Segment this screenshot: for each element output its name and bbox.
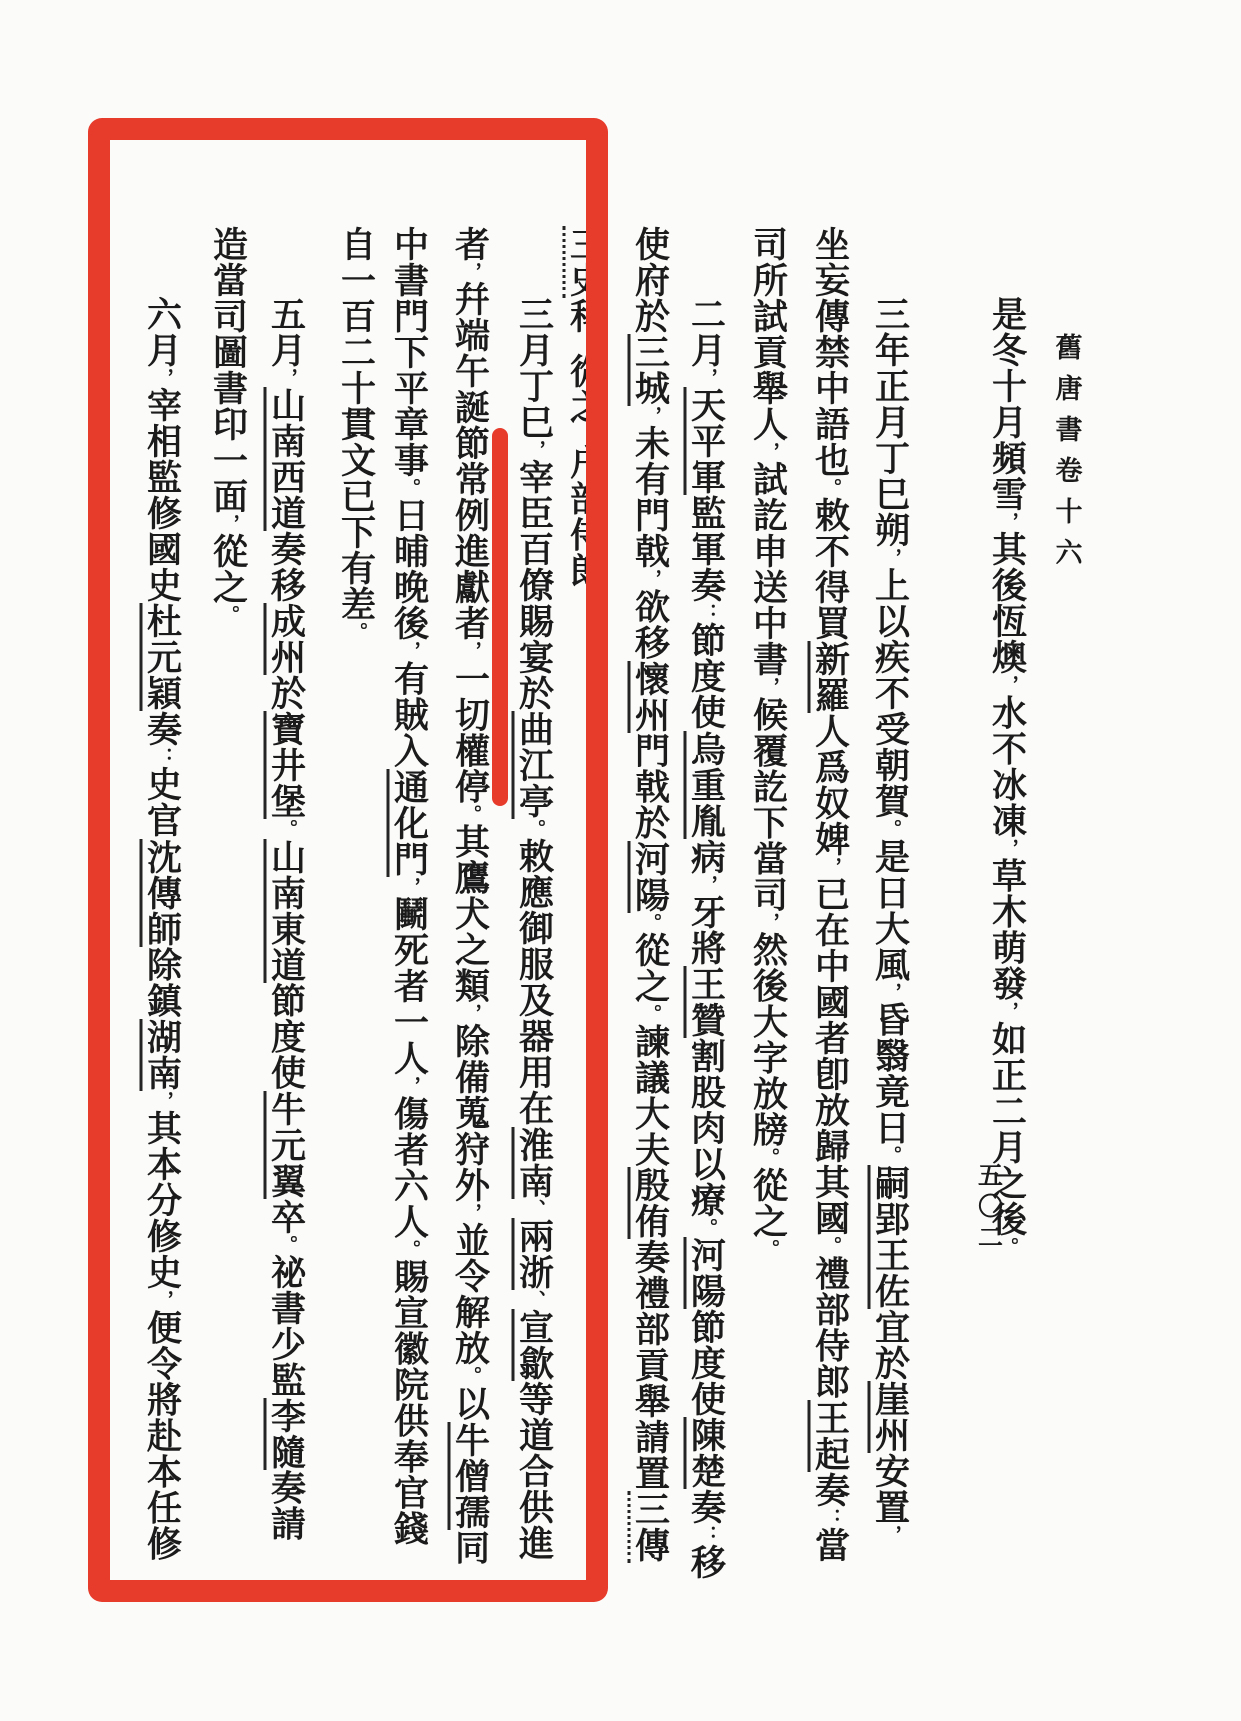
scanned-page: 是冬十月頻雪，其後恆燠，水不冰凍，草木萌發，如正二月之後。三年正月丁巳朔，上以疾… — [0, 0, 1241, 1721]
text-column: 自一百二十貫文已下有差。 — [339, 226, 374, 641]
text-column: 是冬十月頻雪，其後恆燠，水不冰凍，草木萌發，如正二月之後。 — [990, 296, 1025, 1256]
highlight-line-annotation — [492, 428, 508, 806]
text-column: 六月，宰相監修國史杜元穎奏：史官沈傳師除鎮湖南，其本分修史，便令將赴本任修 — [145, 296, 180, 1561]
text-column: 三月丁巳，宰臣百僚賜宴於曲江亭。敕應御服及器用在淮南、兩浙、宣歙等道合供進 — [517, 296, 552, 1561]
text-column: 二月，天平軍監軍奏：節度使烏重胤病，牙將王贊割股肉以療。河陽節度使陳楚奏：移 — [689, 296, 724, 1580]
text-column: 三史科，從之。户部侍郎 — [568, 226, 603, 589]
page-number: 五〇二 — [976, 1162, 1001, 1255]
text-column: 坐妄傳禁中語也。敕不得買新羅人爲奴婢，已在中國者卽放歸其國。禮部侍郎王起奏：當 — [813, 226, 848, 1563]
text-column: 造當司圖書印一面，從之。 — [211, 226, 246, 625]
text-column: 中書門下平章事。日晡晚後，有賊入通化門，鬭死者一人，傷者六人。賜宣徽院供奉官錢 — [392, 226, 427, 1546]
book-title: 舊唐書卷十六 — [1053, 333, 1080, 579]
text-column: 者，幷端午誕節常例進獻者，一切權停。其鷹犬之類，除備蒐狩外，並令解放。以牛僧孺同 — [453, 226, 488, 1566]
text-column: 五月，山南西道奏移成州於寶井堡。山南東道節度使牛元翼卒。祕書少監李隨奏請 — [269, 296, 304, 1542]
text-column: 司所試貢舉人，試訖申送中書，候覆訖下當司，然後大字放牓。從之。 — [751, 226, 786, 1258]
text-column: 三年正月丁巳朔，上以疾不受朝賀。是日大風，昏翳竟日。嗣郢王佐宜於崖州安置， — [873, 296, 908, 1544]
text-column: 使府於三城，未有門戟，欲移懷州門戟於河陽。從之。諫議大夫殷侑奏禮部貢舉請置三傳 — [633, 226, 668, 1563]
